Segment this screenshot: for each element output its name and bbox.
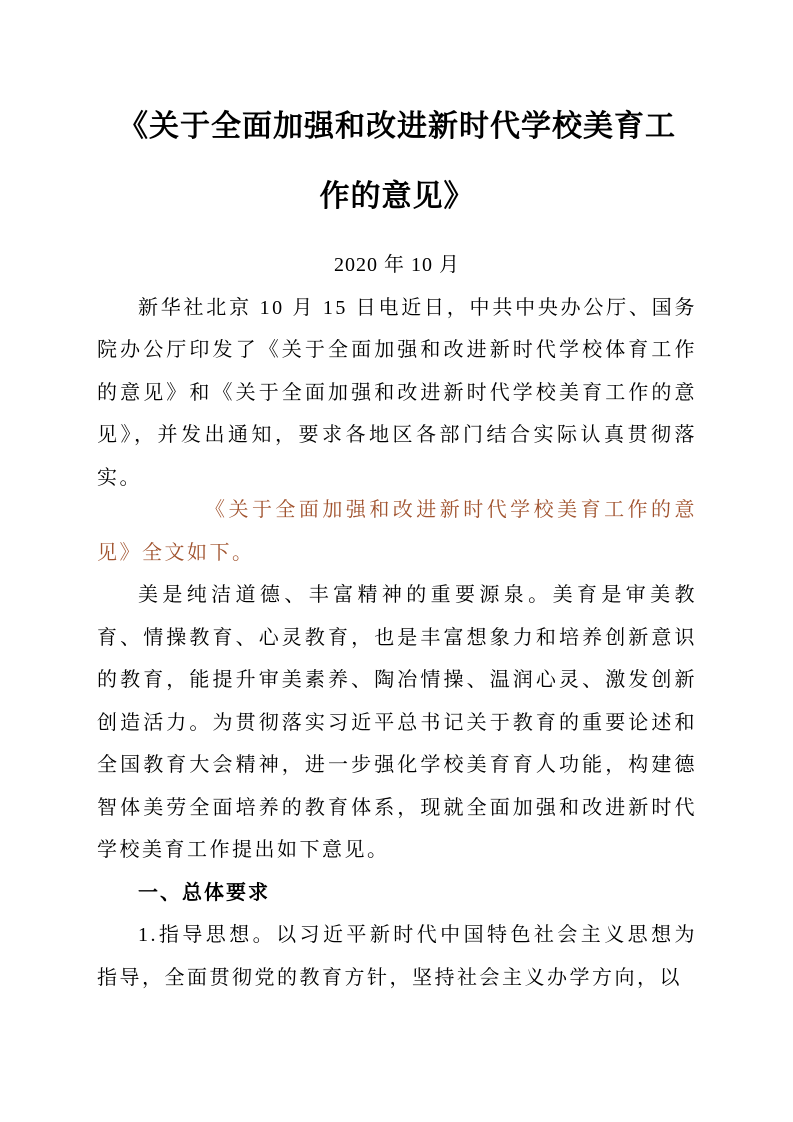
document-title: 《关于全面加强和改进新时代学校美育工 作的意见》 bbox=[97, 92, 697, 232]
document-date: 2020 年 10 月 bbox=[97, 244, 697, 287]
document-title-line2: 作的意见》 bbox=[97, 162, 697, 232]
body-paragraph-intro: 新华社北京 10 月 15 日电近日，中共中央办公厅、国务院办公厅印发了《关于全… bbox=[97, 287, 697, 500]
accent-paragraph: 《关于全面加强和改进新时代学校美育工作的意见》全文如下。 bbox=[97, 489, 697, 574]
document-page: 《关于全面加强和改进新时代学校美育工 作的意见》 2020 年 10 月 新华社… bbox=[0, 0, 793, 1122]
body-paragraph-preamble: 美是纯洁道德、丰富精神的重要源泉。美育是审美教育、情操教育、心灵教育，也是丰富想… bbox=[97, 574, 697, 872]
section-heading: 一、总体要求 bbox=[97, 872, 697, 915]
document-title-line1: 《关于全面加强和改进新时代学校美育工 bbox=[97, 92, 697, 162]
body-paragraph-guiding-ideology: 1.指导思想。以习近平新时代中国特色社会主义思想为指导，全面贯彻党的教育方针，坚… bbox=[97, 914, 697, 999]
